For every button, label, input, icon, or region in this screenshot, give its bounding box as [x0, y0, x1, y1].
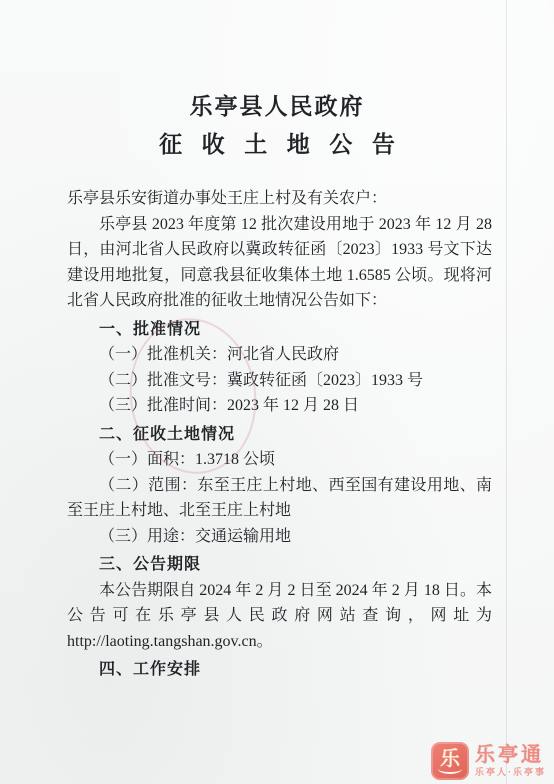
- section1-item3: （三）批准时间：2023 年 12 月 28 日: [67, 393, 492, 419]
- announcement-body: 乐亭县乐安街道办事处王庄上村及有关农户： 乐亭县 2023 年度第 12 批次建…: [0, 186, 554, 683]
- section1-item1: （一）批准机关：河北省人民政府: [67, 342, 492, 368]
- title-block: 乐亭县人民政府 征收土地公告: [0, 0, 554, 160]
- section3-paragraph: 本公告期限自 2024 年 2 月 2 日至 2024 年 2 月 18 日。本…: [67, 578, 492, 655]
- scan-artifact-line: [506, 0, 507, 784]
- section2-item2: （二）范围：东至王庄上村地、西至国有建设用地、南至王庄上村地、北至王庄上村地: [67, 473, 492, 524]
- salutation: 乐亭县乐安街道办事处王庄上村及有关农户：: [67, 186, 492, 212]
- intro-paragraph: 乐亭县 2023 年度第 12 批次建设用地于 2023 年 12 月 28 日…: [67, 212, 492, 314]
- government-website-url: http://laoting.tangshan.gov.cn。: [67, 633, 273, 650]
- icon-swoosh-decoration: [438, 764, 462, 774]
- section2-heading: 二、征收土地情况: [67, 422, 492, 448]
- section4-heading: 四、工作安排: [67, 657, 492, 683]
- watermark-text-block: 乐亭通 乐亭人·乐亭事: [475, 745, 546, 777]
- announcement-title: 征收土地公告: [0, 130, 554, 160]
- letingtong-app-icon: 乐: [431, 742, 469, 780]
- section1-item2: （二）批准文号：冀政转征函〔2023〕1933 号: [67, 368, 492, 394]
- section2-item3: （三）用途：交通运输用地: [67, 524, 492, 550]
- section3-heading: 三、公告期限: [67, 552, 492, 578]
- notice-period-text: 本公告期限自 2024 年 2 月 2 日至 2024 年 2 月 18 日。本…: [67, 582, 492, 625]
- issuer-title: 乐亭县人民政府: [0, 92, 554, 122]
- section2-item1: （一）面积：1.3718 公顷: [67, 447, 492, 473]
- announcement-page: 乐亭县人民政府 征收土地公告 乐亭县乐安街道办事处王庄上村及有关农户： 乐亭县 …: [0, 0, 554, 784]
- watermark-app-name: 乐亭通: [475, 745, 546, 765]
- letingtong-watermark: 乐 乐亭通 乐亭人·乐亭事: [431, 742, 546, 780]
- section1-heading: 一、批准情况: [67, 317, 492, 343]
- watermark-tagline: 乐亭人·乐亭事: [475, 768, 546, 777]
